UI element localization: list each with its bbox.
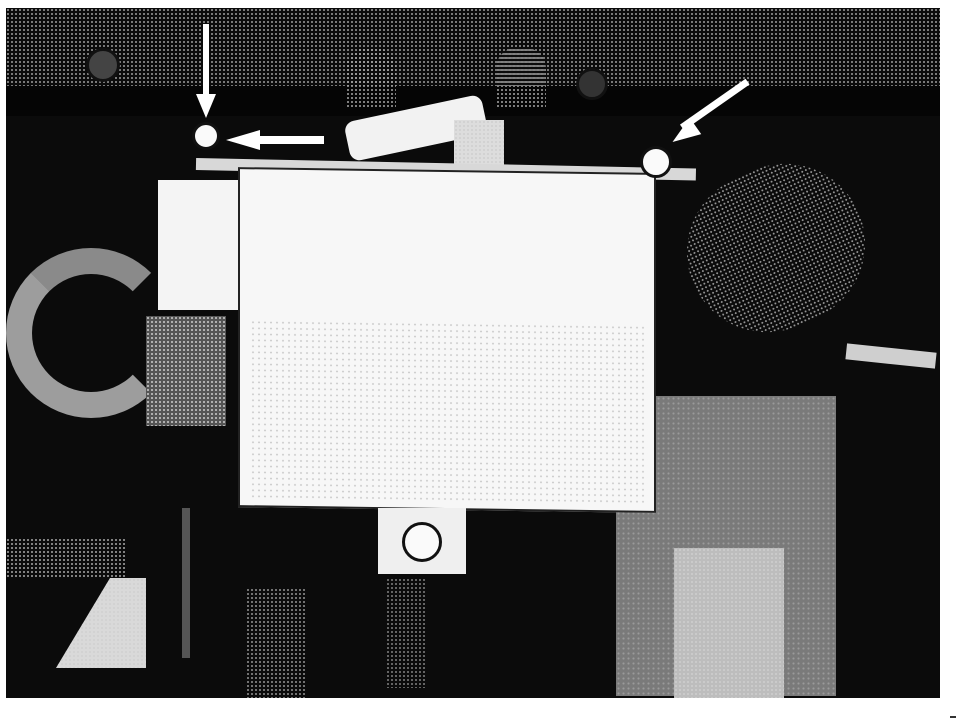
upper-panel-texture [6, 8, 940, 88]
photograph [6, 8, 940, 698]
arrow-left-head [226, 130, 260, 150]
control-unit-side-module [158, 180, 245, 310]
arrow-left-icon [258, 136, 324, 144]
lower-center-shaft [246, 588, 306, 698]
lower-center-post [386, 578, 426, 688]
arrow-down-icon [203, 24, 209, 96]
top-bolt-2 [576, 68, 608, 100]
lower-left-block-1 [6, 538, 126, 578]
right-mounting-nut [640, 146, 672, 178]
arrow-diagonal-head [667, 118, 701, 150]
left-mounting-bolt [192, 122, 220, 150]
top-bracket-1 [346, 48, 396, 108]
lower-left-wedge [56, 578, 146, 668]
top-bolt-1 [86, 48, 120, 82]
housing-texture [250, 319, 648, 505]
arrow-down-head [196, 94, 216, 118]
wiring-connector [146, 316, 226, 426]
lower-right-label [674, 548, 784, 698]
connector-top [454, 120, 504, 168]
threaded-rod [182, 508, 190, 658]
right-rod [845, 343, 936, 368]
bottom-nut [402, 522, 442, 562]
control-unit-housing [238, 167, 656, 513]
top-bracket-2 [496, 48, 546, 108]
scan-mark [950, 716, 956, 718]
bottom-bracket [378, 508, 466, 574]
